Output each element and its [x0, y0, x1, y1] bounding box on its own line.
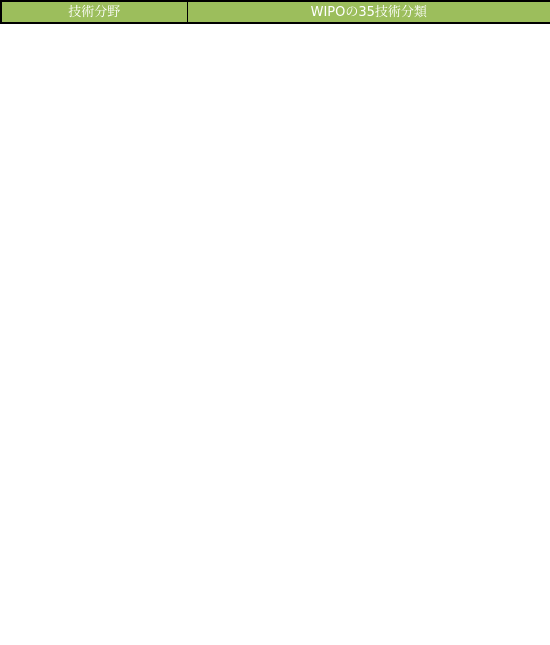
header-row: 技術分野 WIPOの35技術分類: [1, 1, 550, 23]
header-tech-field: 技術分野: [1, 1, 187, 23]
wipo-classification-table: 技術分野 WIPOの35技術分類: [0, 0, 550, 645]
page: 技術分野 WIPOの35技術分類: [0, 0, 550, 645]
header-wipo-classes: WIPOの35技術分類: [187, 1, 550, 23]
table-body: [1, 23, 550, 644]
